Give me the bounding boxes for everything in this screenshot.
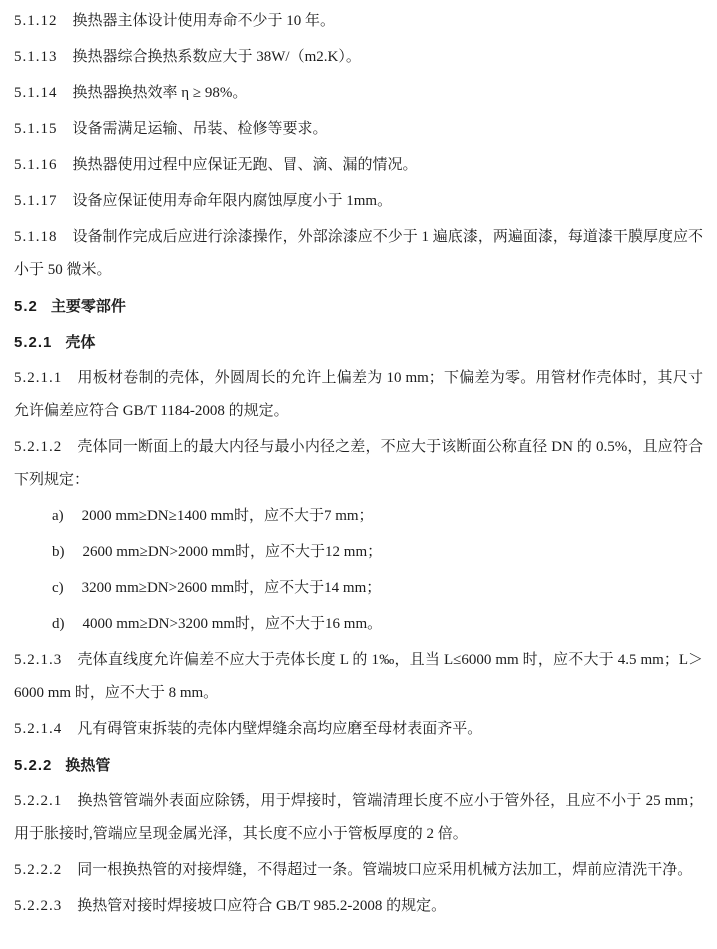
clause-text: 换热管管端外表面应除锈，用于焊接时，管端清理长度不应小于管外径，且应不小于 25… — [14, 793, 703, 842]
clause-text: 2000 mm≥DN≥1400 mm时，应不大于7 mm； — [82, 508, 374, 524]
list-item: b)2600 mm≥DN>2000 mm时，应不大于12 mm； — [52, 536, 703, 569]
clause-text: 2600 mm≥DN>2000 mm时，应不大于12 mm； — [83, 544, 383, 560]
clause-number: 5.1.18 — [14, 229, 73, 245]
document-page: 5.1.12换热器主体设计使用寿命不少于 10 年。5.1.13换热器综合换热系… — [0, 0, 717, 949]
clause-paragraph: 5.1.17设备应保证使用寿命年限内腐蚀厚度小于 1mm。 — [14, 185, 703, 218]
clause-text: 壳体同一断面上的最大内径与最小内径之差，不应大于该断面公称直径 DN 的 0.5… — [14, 439, 703, 488]
clause-paragraph: 5.2.2.2同一根换热管的对接焊缝，不得超过一条。管端坡口应采用机械方法加工，… — [14, 854, 703, 887]
clause-number: 5.2.1.4 — [14, 721, 77, 737]
clause-paragraph: 5.2.1.1用板材卷制的壳体，外圆周长的允许上偏差为 10 mm；下偏差为零。… — [14, 362, 703, 428]
clause-text: 设备需满足运输、吊装、检修等要求。 — [73, 121, 328, 137]
clause-number: 5.2.2.1 — [14, 793, 77, 809]
clause-text: 设备制作完成后应进行涂漆操作，外部涂漆应不少于 1 遍底漆，两遍面漆，每道漆干膜… — [14, 229, 703, 278]
clause-text: 壳体直线度允许偏差不应大于壳体长度 L 的 1‰，且当 L≤6000 mm 时，… — [14, 652, 703, 701]
list-marker: c) — [52, 580, 82, 596]
clause-number: 5.2.1.1 — [14, 370, 77, 386]
heading-text: 主要零部件 — [51, 298, 126, 315]
clause-text: 换热器主体设计使用寿命不少于 10 年。 — [73, 13, 336, 29]
clause-paragraph: 5.1.12换热器主体设计使用寿命不少于 10 年。 — [14, 5, 703, 38]
clause-number: 5.2.1.2 — [14, 439, 77, 455]
clause-number: 5.2.1 — [14, 334, 65, 351]
clause-text: 4000 mm≥DN>3200 mm时，应不大于16 mm。 — [83, 616, 383, 632]
clause-text: 3200 mm≥DN>2600 mm时，应不大于14 mm； — [82, 580, 382, 596]
list-item: a)2000 mm≥DN≥1400 mm时，应不大于7 mm； — [52, 500, 703, 533]
document-body: 5.1.12换热器主体设计使用寿命不少于 10 年。5.1.13换热器综合换热系… — [14, 5, 703, 923]
clause-paragraph: 5.1.13换热器综合换热系数应大于 38W/（m2.K）。 — [14, 41, 703, 74]
clause-paragraph: 5.2.2.1换热管管端外表面应除锈，用于焊接时，管端清理长度不应小于管外径，且… — [14, 785, 703, 851]
clause-text: 用板材卷制的壳体，外圆周长的允许上偏差为 10 mm；下偏差为零。用管材作壳体时… — [14, 370, 703, 419]
clause-number: 5.2.1.3 — [14, 652, 77, 668]
clause-text: 同一根换热管的对接焊缝，不得超过一条。管端坡口应采用机械方法加工，焊前应清洗干净… — [77, 862, 692, 878]
clause-paragraph: 5.1.15设备需满足运输、吊装、检修等要求。 — [14, 113, 703, 146]
list-marker: b) — [52, 544, 83, 560]
clause-paragraph: 5.1.16换热器使用过程中应保证无跑、冒、滴、漏的情况。 — [14, 149, 703, 182]
clause-number: 5.1.17 — [14, 193, 73, 209]
list-item: d)4000 mm≥DN>3200 mm时，应不大于16 mm。 — [52, 608, 703, 641]
clause-number: 5.1.12 — [14, 13, 73, 29]
section-heading: 5.2主要零部件 — [14, 290, 703, 323]
clause-paragraph: 5.1.18设备制作完成后应进行涂漆操作，外部涂漆应不少于 1 遍底漆，两遍面漆… — [14, 221, 703, 287]
clause-number: 5.1.13 — [14, 49, 73, 65]
list-marker: a) — [52, 508, 82, 524]
clause-text: 换热器换热效率 η ≥ 98%。 — [73, 85, 248, 101]
clause-text: 换热器综合换热系数应大于 38W/（m2.K）。 — [73, 49, 361, 65]
clause-number: 5.2 — [14, 298, 51, 315]
clause-text: 换热器使用过程中应保证无跑、冒、滴、漏的情况。 — [73, 157, 418, 173]
clause-paragraph: 5.2.1.2壳体同一断面上的最大内径与最小内径之差，不应大于该断面公称直径 D… — [14, 431, 703, 497]
section-heading: 5.2.2换热管 — [14, 749, 703, 782]
clause-number: 5.2.2.2 — [14, 862, 77, 878]
section-heading: 5.2.1壳体 — [14, 326, 703, 359]
heading-text: 壳体 — [65, 334, 95, 351]
clause-number: 5.2.2 — [14, 757, 65, 774]
clause-paragraph: 5.2.2.3换热管对接时焊接坡口应符合 GB/T 985.2-2008 的规定… — [14, 890, 703, 923]
clause-text: 凡有碍管束拆装的壳体内壁焊缝余高均应磨至母材表面齐平。 — [77, 721, 482, 737]
clause-text: 换热管对接时焊接坡口应符合 GB/T 985.2-2008 的规定。 — [77, 898, 446, 914]
clause-paragraph: 5.2.1.3壳体直线度允许偏差不应大于壳体长度 L 的 1‰，且当 L≤600… — [14, 644, 703, 710]
clause-paragraph: 5.2.1.4凡有碍管束拆装的壳体内壁焊缝余高均应磨至母材表面齐平。 — [14, 713, 703, 746]
clause-number: 5.1.16 — [14, 157, 73, 173]
clause-number: 5.1.15 — [14, 121, 73, 137]
heading-text: 换热管 — [65, 757, 110, 774]
clause-paragraph: 5.1.14换热器换热效率 η ≥ 98%。 — [14, 77, 703, 110]
list-item: c)3200 mm≥DN>2600 mm时，应不大于14 mm； — [52, 572, 703, 605]
clause-number: 5.1.14 — [14, 85, 73, 101]
clause-number: 5.2.2.3 — [14, 898, 77, 914]
list-marker: d) — [52, 616, 83, 632]
clause-text: 设备应保证使用寿命年限内腐蚀厚度小于 1mm。 — [73, 193, 393, 209]
